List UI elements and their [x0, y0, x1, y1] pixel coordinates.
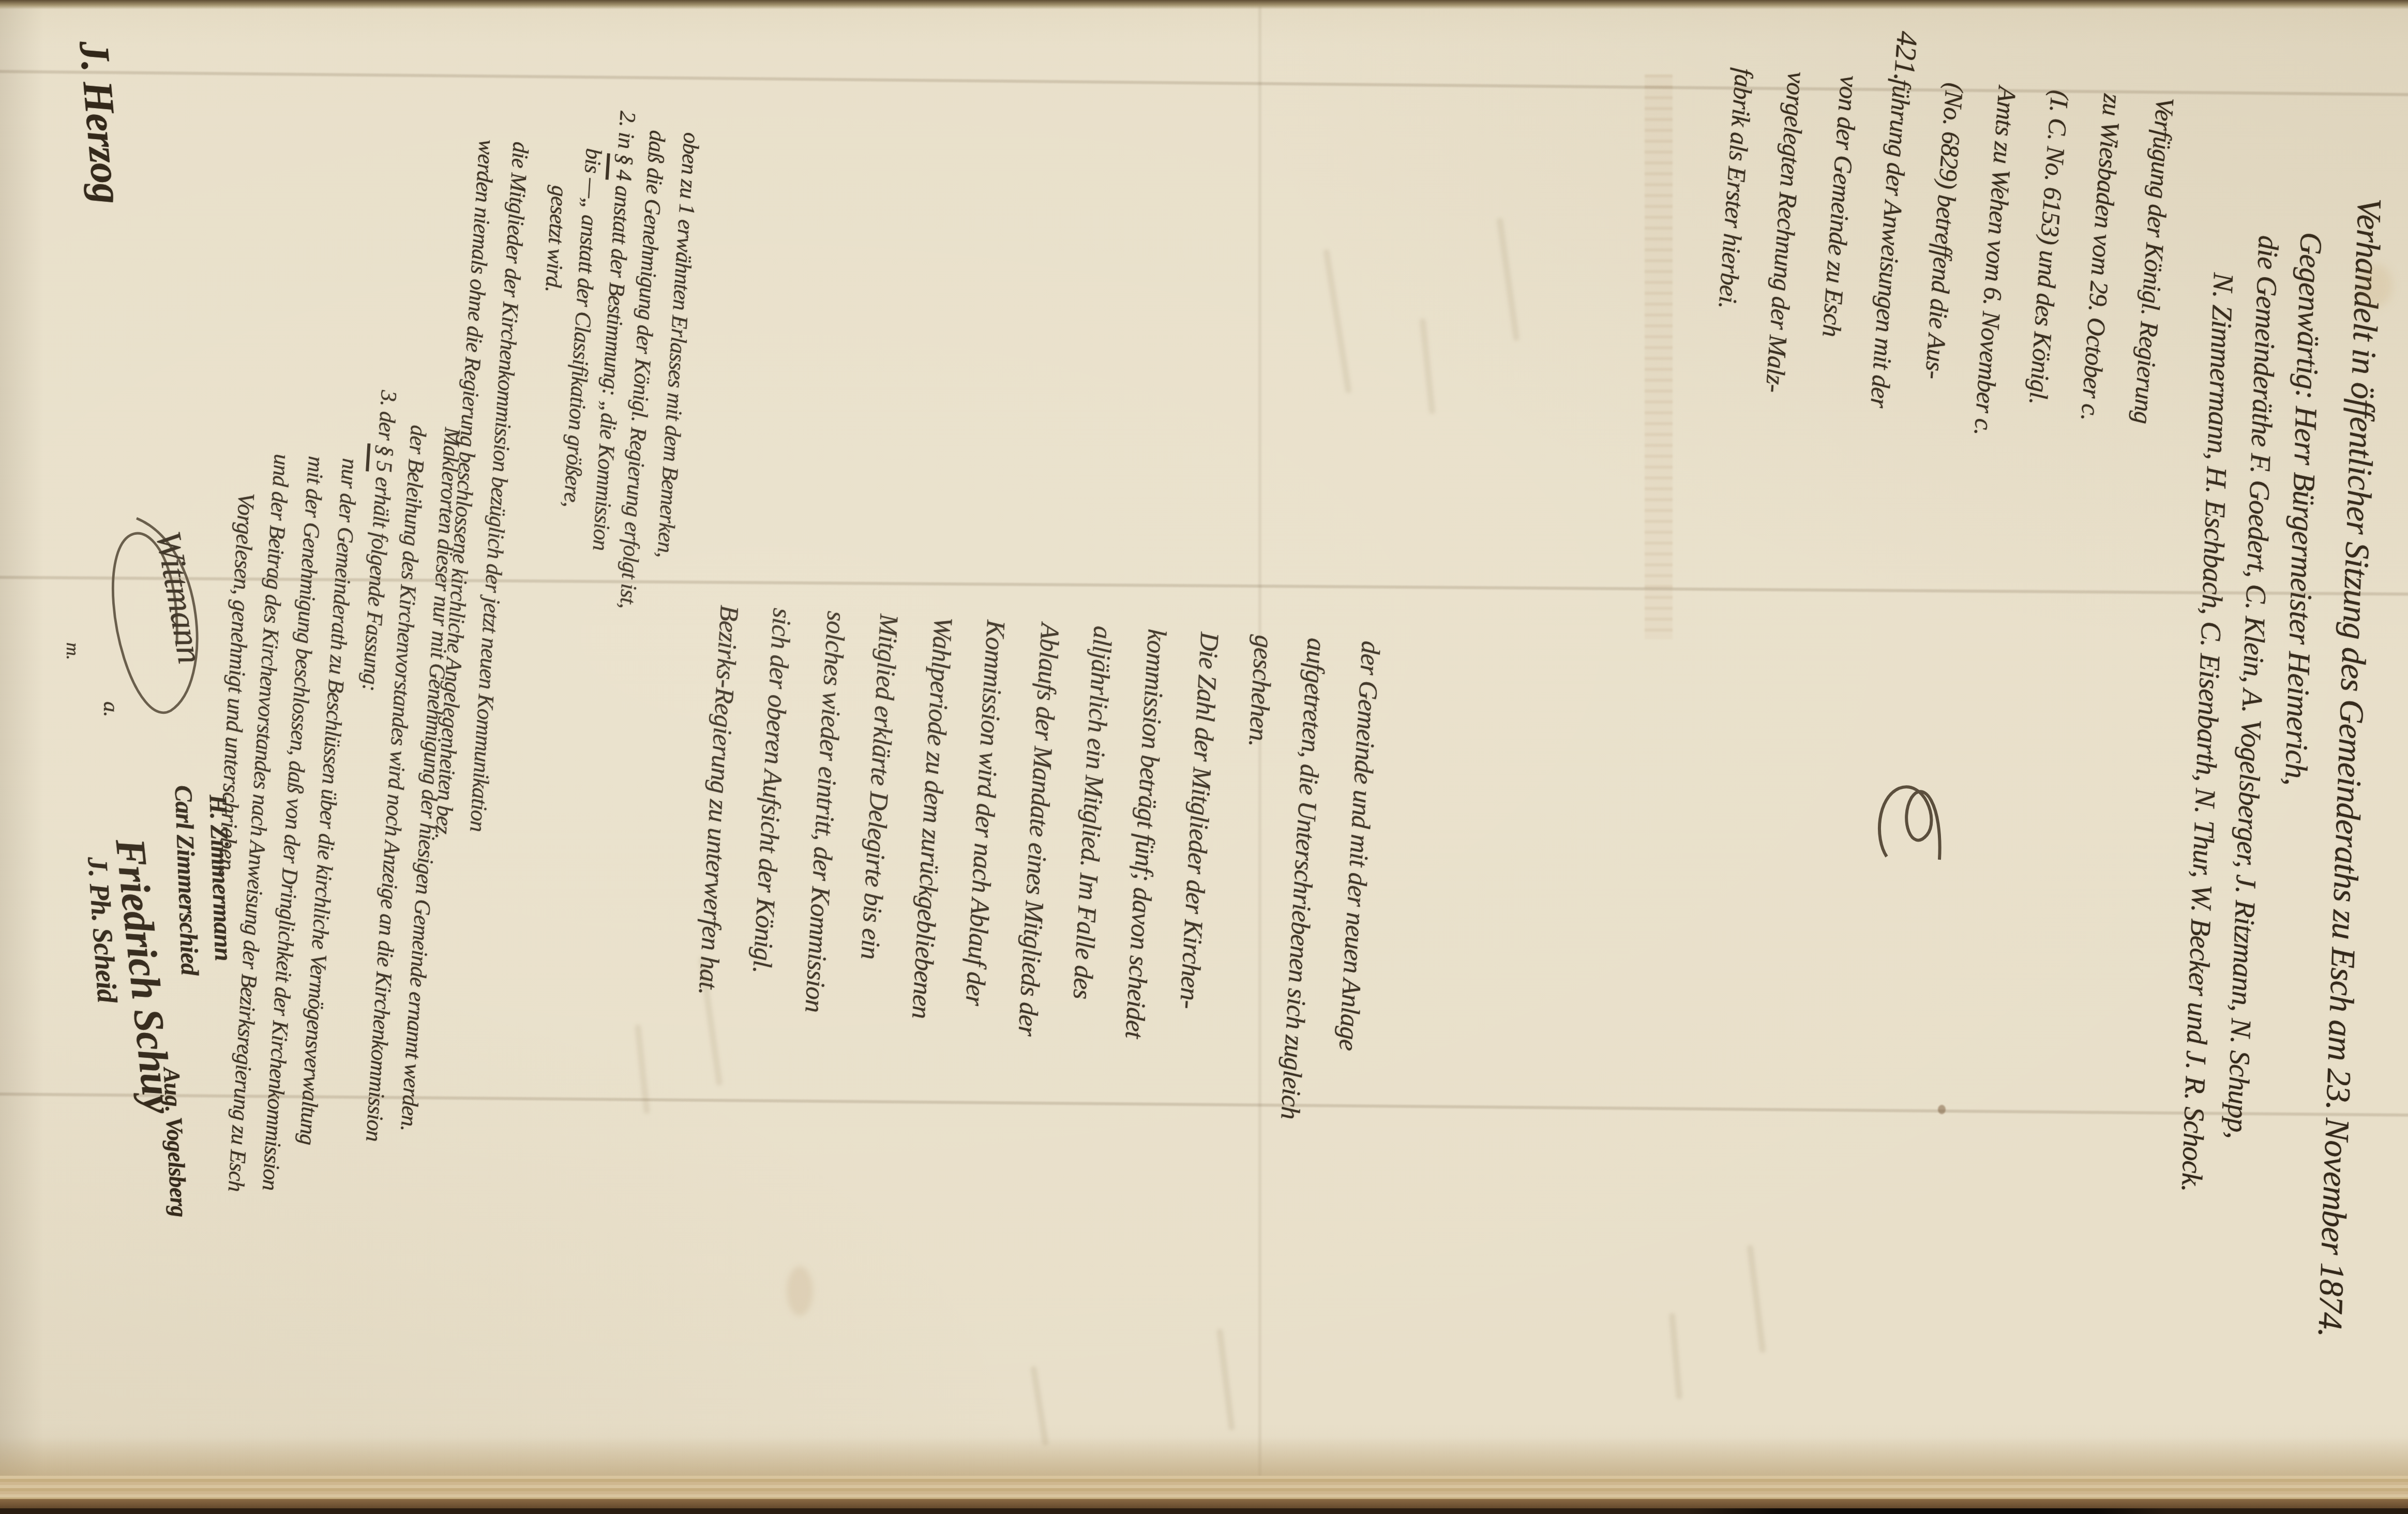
book-fore-edge-dark — [0, 1508, 2408, 1514]
screenshot-scaler: Verhandelt in öffentlicher Sitzung des G… — [0, 0, 2408, 1514]
section-flourish-icon — [1871, 757, 1946, 888]
page-edge-shadow — [0, 0, 43, 1514]
bleedthrough-mark — [1030, 1366, 1049, 1446]
fold-crease — [1258, 0, 1261, 1514]
amendment-3-paragraph-ref: § 5 — [366, 444, 397, 472]
main-text-block: der Gemeinde und mit der neuen Anlage au… — [675, 604, 1396, 1123]
signature-vogelsberg: Aug. Vogelsberg — [156, 1067, 190, 1218]
signature-initial-a: a. — [96, 701, 121, 717]
ink-stain-blotch — [787, 1266, 813, 1316]
signature-herzog: J. Herzog — [69, 39, 131, 206]
bleedthrough-mark — [1419, 318, 1435, 414]
margin-caption: Verfügung der Königl. Regierung zu Wiesb… — [1693, 66, 2191, 448]
page-curve — [0, 1437, 2408, 1477]
amendment-3-prefix: 3. der — [372, 389, 400, 446]
manuscript-page-rotated: Verhandelt in öffentlicher Sitzung des G… — [0, 0, 2408, 1514]
book-page-photo: Verhandelt in öffentlicher Sitzung des G… — [0, 0, 2408, 1514]
amendment-2-line-3: gesetzt wird. — [538, 185, 571, 293]
bleedthrough-mark — [1747, 1245, 1766, 1353]
ink-stain-streak — [1645, 74, 1673, 639]
signature-zimmermann: H. Zimmermann — [202, 794, 235, 961]
bleedthrough-mark — [1216, 1328, 1235, 1431]
bleedthrough-mark — [1669, 1313, 1683, 1400]
signature-zimmerschied: Carl Zimmerschied — [168, 785, 202, 976]
book-fore-edge — [0, 1476, 2408, 1501]
margin-item-number: 421. — [1885, 30, 1923, 82]
header-line-2: Gegenwärtig: Herr Bürgermeister Heimeric… — [2276, 232, 2327, 786]
amendment-2-prefix: 2. in — [612, 110, 639, 155]
page-top-edge — [0, 0, 2408, 9]
book-fore-edge-shadow — [0, 1499, 2408, 1508]
amendment-2-paragraph-ref: § 4 — [606, 153, 637, 181]
signature-initial-m: m. — [61, 642, 84, 659]
bleedthrough-mark — [1323, 249, 1352, 394]
bleedthrough-mark — [1496, 217, 1519, 341]
